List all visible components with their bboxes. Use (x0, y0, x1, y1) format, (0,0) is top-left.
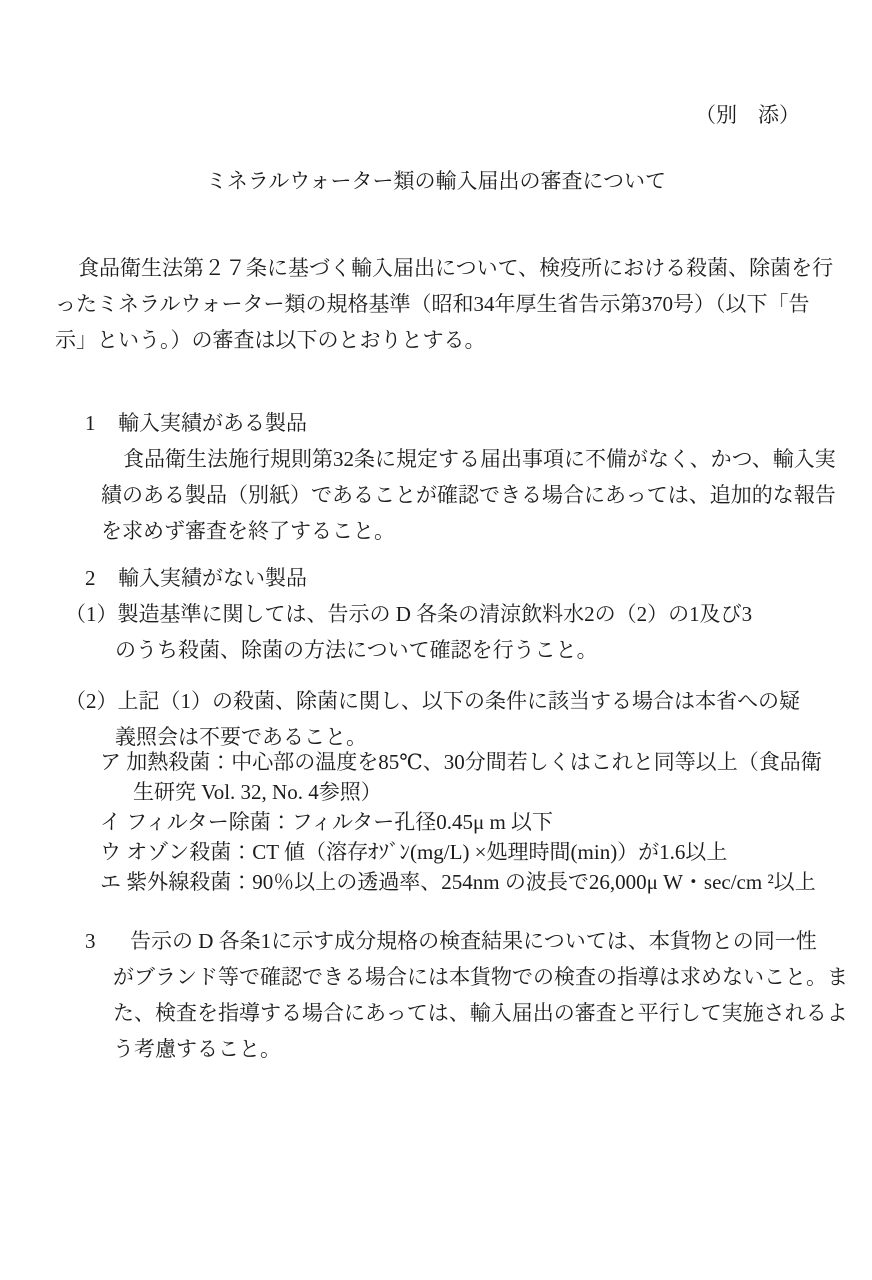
section-2: 2輸入実績がない製品 （1）製造基準に関しては、告示の D 各条の清涼飲料水2の… (0, 560, 872, 897)
document-page: （別 添） ミネラルウォーター類の輸入届出の審査について 食品衛生法第２７条に基… (0, 0, 872, 1280)
document-title: ミネラルウォーター類の輸入届出の審査について (0, 163, 872, 199)
attachment-tag: （別 添） (0, 97, 872, 133)
condition-u-line: ウ オゾン殺菌：CT 値（溶存ｵｿﾞﾝ(mg/L) ×処理時間(min)）が1.… (0, 837, 872, 867)
intro-line: 示」という。）の審査は以下のとおりとする。 (0, 322, 872, 358)
section-1-number: 1 (85, 405, 118, 441)
section-3-number: 3 (85, 923, 130, 959)
condition-a-line: 生研究 Vol. 32, No. 4参照） (0, 777, 872, 807)
condition-i-line: イ フィルター除菌：フィルター孔径0.45μ m 以下 (0, 807, 872, 837)
section-3-body-line: がブランド等で確認できる場合には本貨物での検査の指導は求めないこと。ま (0, 959, 872, 995)
section-3: 3告示の D 各条1に示す成分規格の検査結果については、本貨物との同一性 がブラ… (0, 923, 872, 1067)
section-2-number: 2 (85, 560, 118, 596)
section-1-body-line: 績のある製品（別紙）であることが確認できる場合にあっては、追加的な報告 (0, 477, 872, 513)
section-3-body-line: た、検査を指導する場合にあっては、輸入届出の審査と平行して実施されるよ (0, 995, 872, 1031)
intro-paragraph: 食品衛生法第２７条に基づく輸入届出について、検疫所における殺菌、除菌を行 ったミ… (0, 250, 872, 358)
section-2-item-1-line: のうち殺菌、除菌の方法について確認を行うこと。 (0, 632, 872, 668)
intro-line: 食品衛生法第２７条に基づく輸入届出について、検疫所における殺菌、除菌を行 (0, 250, 872, 286)
section-3-first-line: 3告示の D 各条1に示す成分規格の検査結果については、本貨物との同一性 (0, 923, 872, 959)
section-1-heading: 1輸入実績がある製品 (0, 405, 872, 441)
section-1-heading-label: 輸入実績がある製品 (118, 411, 307, 435)
section-3-body-line: 告示の D 各条1に示す成分規格の検査結果については、本貨物との同一性 (130, 929, 817, 953)
section-3-body-line: う考慮すること。 (0, 1031, 872, 1067)
section-2-item-2-line: （2）上記（1）の殺菌、除菌に関し、以下の条件に該当する場合は本省への疑 (0, 683, 872, 719)
condition-e-line: エ 紫外線殺菌：90％以上の透過率、254nm の波長で26,000μ W・se… (0, 867, 872, 897)
intro-line: ったミネラルウォーター類の規格基準（昭和34年厚生省告示第370号）（以下「告 (0, 286, 872, 322)
section-2-item-1-line: （1）製造基準に関しては、告示の D 各条の清涼飲料水2の（2）の1及び3 (0, 596, 872, 632)
section-2-heading: 2輸入実績がない製品 (0, 560, 872, 596)
condition-a-line: ア 加熱殺菌：中心部の温度を85℃、30分間若しくはこれと同等以上（食品衛 (0, 747, 872, 777)
section-1-body-line: 食品衛生法施行規則第32条に規定する届出事項に不備がなく、かつ、輸入実 (0, 441, 872, 477)
section-2-heading-label: 輸入実績がない製品 (118, 566, 307, 590)
section-1: 1輸入実績がある製品 食品衛生法施行規則第32条に規定する届出事項に不備がなく、… (0, 405, 872, 549)
section-1-body-line: を求めず審査を終了すること。 (0, 513, 872, 549)
